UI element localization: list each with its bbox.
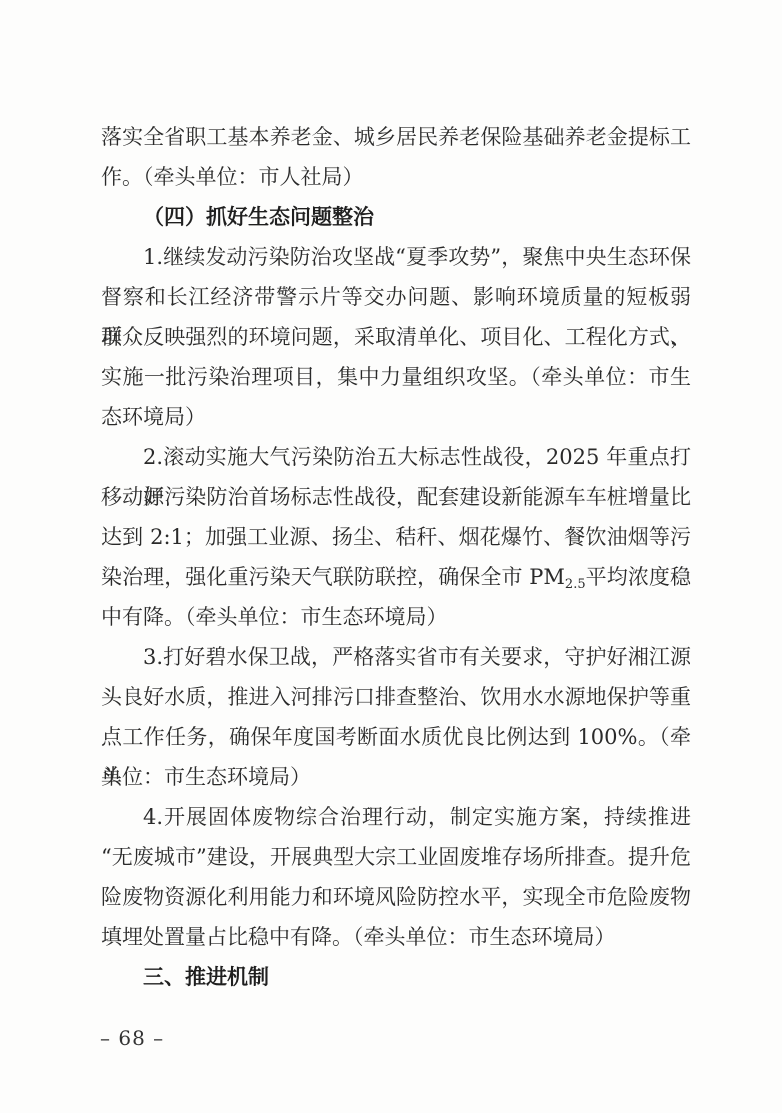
text-line: 填埋处置量占比稳中有降。（牵头单位：市生态环境局） — [101, 917, 691, 957]
text-line: 达到 2:1；加强工业源、扬尘、秸秆、烟花爆竹、餐饮油烟等污 — [101, 517, 691, 557]
text-line: 中有降。（牵头单位：市生态环境局） — [101, 597, 691, 637]
paragraph-pension: 落实全省职工基本养老金、城乡居民养老保险基础养老金提标工 作。（牵头单位：市人社… — [101, 117, 691, 197]
paragraph-item-2: 2.滚动实施大气污染防治五大标志性战役，2025 年重点打好 移动源污染防治首场… — [101, 437, 691, 637]
text-segment: 染治理，强化重污染天气联防联控，确保全市 PM — [101, 565, 565, 589]
text-line: 头良好水质，推进入河排污口排查整治、饮用水水源地保护等重 — [101, 677, 691, 717]
text-line: 单位：市生态环境局） — [101, 757, 691, 797]
paragraph-item-4: 4.开展固体废物综合治理行动，制定实施方案，持续推进 “无废城市”建设，开展典型… — [101, 797, 691, 957]
text-segment: 平均浓度稳 — [586, 565, 691, 589]
text-line: 作。（牵头单位：市人社局） — [101, 157, 691, 197]
page-number: – 68 – — [100, 1026, 164, 1050]
section-heading-ecology: （四）抓好生态问题整治 — [101, 197, 691, 237]
text-line: 群众反映强烈的环境问题，采取清单化、项目化、工程化方式， — [101, 317, 691, 357]
text-line: 督察和长江经济带警示片等交办问题、影响环境质量的短板弱项、 — [101, 277, 691, 317]
text-line-pm25: 染治理，强化重污染天气联防联控，确保全市 PM2.5平均浓度稳 — [101, 557, 691, 597]
text-line: 4.开展固体废物综合治理行动，制定实施方案，持续推进 — [101, 797, 691, 837]
chapter-heading-mechanism: 三、推进机制 — [101, 957, 691, 997]
paragraph-item-3: 3.打好碧水保卫战，严格落实省市有关要求，守护好湘江源 头良好水质，推进入河排污… — [101, 637, 691, 797]
paragraph-item-1: 1.继续发动污染防治攻坚战“夏季攻势”，聚焦中央生态环保 督察和长江经济带警示片… — [101, 237, 691, 437]
document-body: 落实全省职工基本养老金、城乡居民养老保险基础养老金提标工 作。（牵头单位：市人社… — [101, 117, 691, 997]
text-line: 1.继续发动污染防治攻坚战“夏季攻势”，聚焦中央生态环保 — [101, 237, 691, 277]
document-page: 落实全省职工基本养老金、城乡居民养老保险基础养老金提标工 作。（牵头单位：市人社… — [0, 0, 782, 1113]
text-line: 移动源污染防治首场标志性战役，配套建设新能源车车桩增量比 — [101, 477, 691, 517]
text-line: “无废城市”建设，开展典型大宗工业固废堆存场所排查。提升危 — [101, 837, 691, 877]
pm-subscript: 2.5 — [565, 577, 586, 592]
text-line: 3.打好碧水保卫战，严格落实省市有关要求，守护好湘江源 — [101, 637, 691, 677]
text-line: 2.滚动实施大气污染防治五大标志性战役，2025 年重点打好 — [101, 437, 691, 477]
text-line: 态环境局） — [101, 397, 691, 437]
text-line: 落实全省职工基本养老金、城乡居民养老保险基础养老金提标工 — [101, 117, 691, 157]
text-line: 险废物资源化利用能力和环境风险防控水平，实现全市危险废物 — [101, 877, 691, 917]
text-line: 实施一批污染治理项目，集中力量组织攻坚。（牵头单位：市生 — [101, 357, 691, 397]
text-line: 点工作任务，确保年度国考断面水质优良比例达到 100%。（牵头 — [101, 717, 691, 757]
